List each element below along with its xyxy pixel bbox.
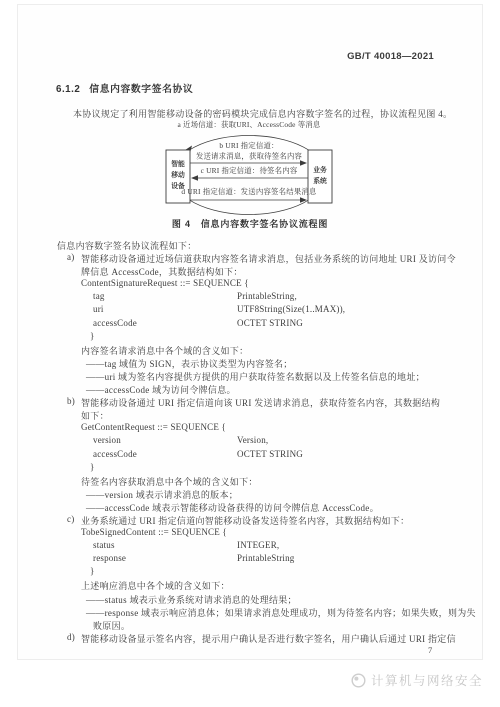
body-line: statusINTEGER, [0, 540, 500, 553]
body-line-text: tag [93, 291, 105, 301]
watermark: 计算机与网络安全 [351, 671, 483, 689]
body-line: responsePrintableString [0, 553, 500, 566]
body-line: ——accessCode 域表示智能移动设备获得的访问令牌信息 AccessCo… [0, 501, 500, 514]
body-line: ——accessCode 域为访问令牌信息。 [0, 383, 500, 396]
body-line-text: 上述响应消息中各个域的含义如下： [81, 579, 230, 592]
body-line-text: } [90, 462, 95, 472]
body-line-text: accessCode [93, 318, 137, 328]
body-line-text: 内容签名请求消息中各个域的含义如下： [81, 344, 248, 357]
body-line-text: ——accessCode 域为访问令牌信息。 [86, 383, 236, 396]
body-line: versionVersion, [0, 435, 500, 448]
body-line-text: ——version 域表示请求消息的版本； [86, 488, 238, 501]
body-line-text: 牌信息 AccessCode，其数据结构如下： [81, 265, 243, 278]
body-line: ——tag 域值为 SIGN，表示协议类型为内容签名； [0, 357, 500, 370]
body-line: d)智能移动设备显示签名内容，提示用户确认是否进行数字签名，用户确认后通过 UR… [0, 632, 500, 645]
body-line-text: ——response 域表示响应消息体；如果请求消息处理成功，则为待签名内容；如… [86, 606, 476, 619]
section-title: 信息内容数字签名协议 [89, 84, 193, 95]
arrow-d-label: d URI 指定信道：发送内容签名结果消息 [181, 187, 317, 196]
asn1-type: INTEGER, [237, 540, 279, 550]
mobile-device-label-line2: 移动 [170, 170, 185, 179]
body-line: 牌信息 AccessCode，其数据结构如下： [0, 265, 500, 278]
body-line: b)智能移动设备通过 URI 指定信道向该 URI 发送请求消息，获取待签名内容… [0, 396, 500, 409]
body-line: } [0, 566, 500, 579]
body-line: 信息内容数字签名协议流程如下： [0, 239, 500, 252]
body-line-text: 如下： [81, 409, 109, 422]
body-line-text: 智能移动设备显示签名内容，提示用户确认是否进行数字签名，用户确认后通过 URI … [81, 632, 456, 645]
figure-caption-text: 信息内容数字签名协议流程图 [201, 219, 328, 229]
body-line-text: 败原因。 [93, 619, 130, 632]
body-line-text: ——status 域表示业务系统对请求消息的处理结果； [86, 593, 297, 606]
watermark-logo-icon [351, 673, 366, 688]
body-line-text: 信息内容数字签名协议流程如下： [57, 239, 197, 252]
body-line: ContentSignatureRequest ::= SEQUENCE { [0, 278, 500, 291]
arrow-b-head-icon [300, 160, 307, 166]
figure-caption: 图 4信息内容数字签名协议流程图 [0, 217, 500, 230]
body-line: 待签名内容获取消息中各个域的含义如下： [0, 475, 500, 488]
body-line-text: TobeSignedContent ::= SEQUENCE { [81, 527, 227, 537]
body-line-text: version [93, 435, 121, 445]
body-line: accessCodeOCTET STRING [0, 449, 500, 462]
section-number: 6.1.2 [56, 84, 80, 95]
body-lines: 信息内容数字签名协议流程如下：a)智能移动设备通过近场信道获取内容签名请求消息，… [0, 239, 500, 645]
protocol-flow-diagram: a 近场信道：获取URI、AccessCode 等消息 智能 移动 设备 业务 … [110, 110, 390, 220]
arrow-c-head-icon [191, 175, 198, 181]
figure-caption-label: 图 4 [172, 219, 191, 229]
body-line-text: 待签名内容获取消息中各个域的含义如下： [81, 475, 258, 488]
body-line: accessCodeOCTET STRING [0, 318, 500, 331]
channel-a-label: a 近场信道：获取URI、AccessCode 等消息 [178, 120, 321, 129]
body-line: ——response 域表示响应消息体；如果请求消息处理成功，则为待签名内容；如… [0, 606, 500, 619]
mobile-device-label-line1: 智能 [171, 159, 185, 168]
body-line: ——status 域表示业务系统对请求消息的处理结果； [0, 593, 500, 606]
body-line: uriUTF8String(Size(1..MAX)), [0, 304, 500, 317]
list-item-label: b) [67, 396, 75, 406]
body-line-text: } [90, 331, 95, 341]
body-line-text: ContentSignatureRequest ::= SEQUENCE { [81, 278, 249, 288]
body-line: ——uri 域为签名内容提供方提供的用户获取待签名数据以及上传签名信息的地址； [0, 370, 500, 383]
asn1-type: OCTET STRING [237, 318, 303, 328]
body-line: } [0, 331, 500, 344]
body-line-text: response [93, 553, 126, 563]
section-heading: 6.1.2信息内容数字签名协议 [56, 81, 193, 95]
body-line: 内容签名请求消息中各个域的含义如下： [0, 344, 500, 357]
asn1-type: PrintableString [237, 553, 295, 563]
body-line-text: 智能移动设备通过 URI 指定信道向该 URI 发送请求消息，获取待签名内容，其… [81, 396, 440, 409]
body-line: c)业务系统通过 URI 指定信道向智能移动设备发送待签名内容，其数据结构如下： [0, 514, 500, 527]
asn1-type: PrintableString, [237, 291, 297, 301]
arrow-c-label: c URI 指定信道：待签名内容 [201, 166, 298, 175]
body-line: tagPrintableString, [0, 291, 500, 304]
body-line-text: accessCode [93, 449, 137, 459]
body-line: a)智能移动设备通过近场信道获取内容签名请求消息，包括业务系统的访问地址 URI… [0, 252, 500, 265]
asn1-type: OCTET STRING [237, 449, 303, 459]
asn1-type: Version, [237, 435, 268, 445]
body-line-text: } [90, 566, 95, 576]
body-line-text: ——accessCode 域表示智能移动设备获得的访问令牌信息 AccessCo… [86, 501, 379, 514]
body-line: 上述响应消息中各个域的含义如下： [0, 579, 500, 592]
arrow-b-label-line2: 发送请求消息，获取待签名内容 [196, 152, 303, 162]
asn1-type: UTF8String(Size(1..MAX)), [237, 304, 345, 314]
body-line-text: ——tag 域值为 SIGN，表示协议类型为内容签名； [86, 357, 293, 370]
standard-code: GB/T 40018—2021 [347, 51, 434, 62]
page-number: 7 [428, 645, 432, 655]
body-line: } [0, 462, 500, 475]
body-line: GetContentRequest ::= SEQUENCE { [0, 422, 500, 435]
body-line-text: uri [93, 304, 104, 314]
body-line: ——version 域表示请求消息的版本； [0, 488, 500, 501]
body-line: TobeSignedContent ::= SEQUENCE { [0, 527, 500, 540]
list-item-label: d) [67, 632, 75, 642]
body-line-text: ——uri 域为签名内容提供方提供的用户获取待签名数据以及上传签名信息的地址； [86, 370, 425, 383]
body-line-text: 业务系统通过 URI 指定信道向智能移动设备发送待签名内容，其数据结构如下： [81, 514, 409, 527]
list-item-label: c) [67, 514, 75, 524]
watermark-text: 计算机与网络安全 [371, 671, 483, 689]
business-system-label-line1: 业务 [313, 165, 327, 174]
body-line-text: GetContentRequest ::= SEQUENCE { [81, 422, 226, 432]
body-line-text: 智能移动设备通过近场信道获取内容签名请求消息，包括业务系统的访问地址 URI 及… [81, 252, 456, 265]
arrow-b-label-line1: b URI 指定信道： [219, 141, 278, 150]
body-line: 败原因。 [0, 619, 500, 632]
business-system-label-line2: 系统 [313, 176, 327, 185]
body-line-text: status [93, 540, 115, 550]
list-item-label: a) [67, 252, 75, 262]
body-line: 如下： [0, 409, 500, 422]
